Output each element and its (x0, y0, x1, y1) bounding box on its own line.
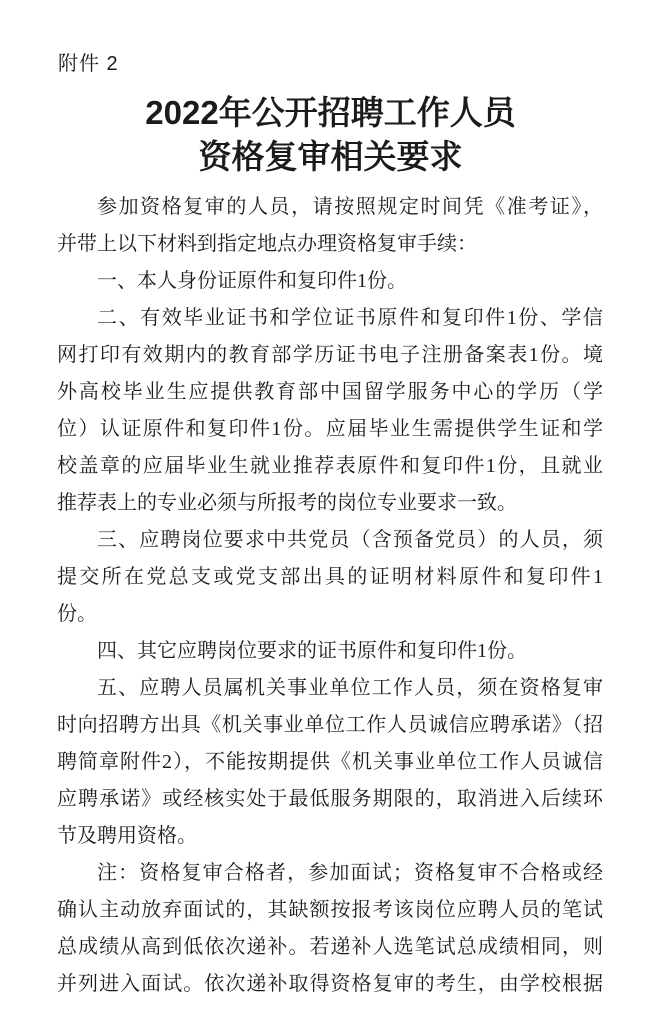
document-line: 应聘承诺》或经核实处于最低服务期限的，取消进入后续环 (57, 781, 603, 818)
document-title-line-1: 2022年公开招聘工作人员 (0, 94, 661, 132)
document-line: 一、本人身份证原件和复印件1份。 (57, 263, 603, 300)
document-line: 时向招聘方出具《机关事业单位工作人员诚信应聘承诺》（招 (57, 707, 603, 744)
document-line: 推荐表上的专业必须与所报考的岗位专业要求一致。 (57, 485, 603, 522)
document-line: 二、有效毕业证书和学位证书原件和复印件1份、学信 (57, 300, 603, 337)
document-line: 校盖章的应届毕业生就业推荐表原件和复印件1份，且就业 (57, 448, 603, 485)
document-line: 并列进入面试。依次递补取得资格复审的考生，由学校根据 (57, 966, 603, 1003)
document-title-line-2: 资格复审相关要求 (0, 138, 661, 176)
document-line: 确认主动放弃面试的，其缺额按报考该岗位应聘人员的笔试 (57, 892, 603, 929)
document-line: 四、其它应聘岗位要求的证书原件和复印件1份。 (57, 633, 603, 670)
document-page: 附件 2 2022年公开招聘工作人员 资格复审相关要求 参加资格复审的人员，请按… (0, 0, 661, 1012)
document-line: 三、应聘岗位要求中共党员（含预备党员）的人员，须 (57, 522, 603, 559)
document-line: 总成绩从高到低依次递补。若递补人选笔试总成绩相同，则 (57, 929, 603, 966)
attachment-label: 附件 2 (58, 51, 119, 77)
document-line: 位）认证原件和复印件1份。应届毕业生需提供学生证和学 (57, 411, 603, 448)
document-line: 网打印有效期内的教育部学历证书电子注册备案表1份。境 (57, 337, 603, 374)
document-line: 参加资格复审的人员，请按照规定时间凭《准考证》， (57, 189, 603, 226)
document-line: 聘简章附件2），不能按期提供《机关事业单位工作人员诚信 (57, 744, 603, 781)
document-line: 节及聘用资格。 (57, 818, 603, 855)
document-line: 注：资格复审合格者，参加面试；资格复审不合格或经 (57, 855, 603, 892)
document-line: 五、应聘人员属机关事业单位工作人员，须在资格复审 (57, 670, 603, 707)
document-line: 份。 (57, 596, 603, 633)
document-line: 外高校毕业生应提供教育部中国留学服务中心的学历（学 (57, 374, 603, 411)
document-line: 并带上以下材料到指定地点办理资格复审手续： (57, 226, 603, 263)
document-body: 参加资格复审的人员，请按照规定时间凭《准考证》，并带上以下材料到指定地点办理资格… (57, 189, 603, 1003)
document-line: 提交所在党总支或党支部出具的证明材料原件和复印件1 (57, 559, 603, 596)
